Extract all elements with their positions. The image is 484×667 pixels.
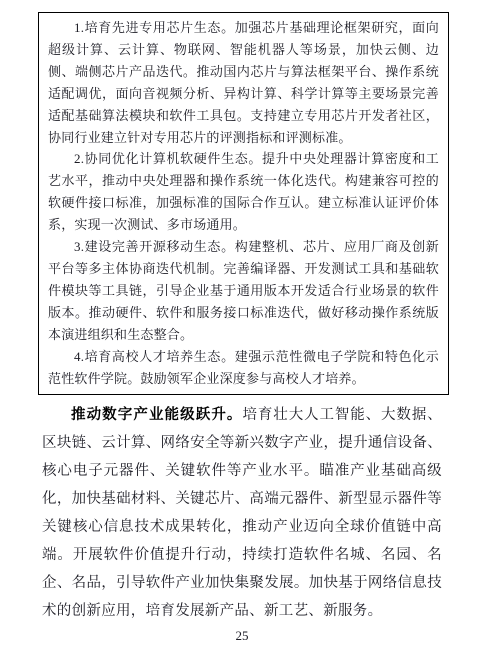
body-paragraph-bold-lead: 推动数字产业能级跃升。 xyxy=(71,407,243,423)
page-number: 25 xyxy=(0,628,484,644)
box-paragraph-chip-ecosystem: 1.培育先进专用芯片生态。加强芯片基础理论框架研究，面向超级计算、云计算、物联网… xyxy=(48,17,439,148)
box-paragraph-software-hardware-ecosystem: 2.协同优化计算机软硬件生态。提升中央处理器计算密度和工艺水平，推动中央处理器和… xyxy=(48,148,439,236)
box-paragraph-talent-ecosystem: 4.培育高校人才培养生态。建强示范性微电子学院和特色化示范性软件学院。鼓励领军企… xyxy=(48,346,439,390)
body-paragraph: 推动数字产业能级跃升。培育壮大人工智能、大数据、区块链、云计算、网络安全等新兴数… xyxy=(42,401,442,625)
policy-measures-box: 1.培育先进专用芯片生态。加强芯片基础理论框架研究，面向超级计算、云计算、物联网… xyxy=(38,12,449,395)
document-page: 1.培育先进专用芯片生态。加强芯片基础理论框架研究，面向超级计算、云计算、物联网… xyxy=(0,0,484,667)
box-paragraph-open-source-mobile-ecosystem: 3.建设完善开源移动生态。构建整机、芯片、应用厂商及创新平台等多主体协商迭代机制… xyxy=(48,236,439,346)
body-paragraph-text: 培育壮大人工智能、大数据、区块链、云计算、网络安全等新兴数字产业，提升通信设备、… xyxy=(42,407,442,619)
